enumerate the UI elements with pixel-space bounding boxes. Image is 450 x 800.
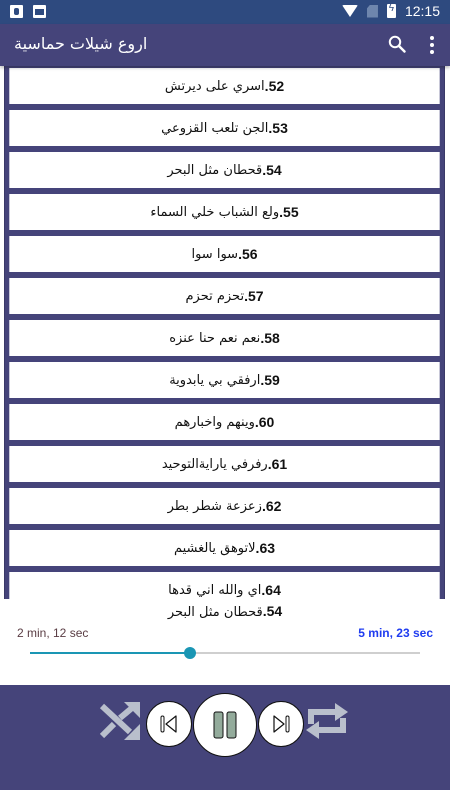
elapsed-time: 2 min, 12 sec xyxy=(17,626,88,640)
more-vert-icon xyxy=(430,36,434,40)
app-title: اروع شيلات حماسية xyxy=(14,34,147,53)
item-number: 53. xyxy=(268,120,287,136)
repeat-icon xyxy=(305,700,349,742)
search-button[interactable] xyxy=(388,35,406,53)
item-number: 55. xyxy=(279,204,298,220)
status-bar: 12:15 xyxy=(0,0,450,24)
next-icon xyxy=(270,713,292,735)
item-title: قحطان مثل البحر xyxy=(167,163,262,178)
item-title: رفرفي يارايةالتوحيد xyxy=(162,457,268,472)
song-list[interactable]: 52.اسري على ديرتش53.الجن تلعب القزوعي54.… xyxy=(4,62,445,599)
now-playing-title: 54.قحطان مثل البحر xyxy=(0,603,450,620)
item-number: 52. xyxy=(265,78,284,94)
seek-progress xyxy=(30,652,190,654)
search-icon xyxy=(388,35,406,53)
shuffle-icon xyxy=(100,700,142,742)
shuffle-button[interactable] xyxy=(100,700,142,742)
item-title: وينهم واخبارهم xyxy=(175,415,255,430)
item-title: سوا سوا xyxy=(191,247,238,262)
more-options-button[interactable] xyxy=(424,35,440,55)
app-bar: اروع شيلات حماسية xyxy=(0,24,450,66)
bottom-strip xyxy=(0,790,450,800)
music-notification-icon xyxy=(10,5,23,18)
item-number: 61. xyxy=(268,456,287,472)
item-title: نعم نعم حنا عنزه xyxy=(169,331,260,346)
image-notification-icon xyxy=(33,5,46,18)
previous-icon xyxy=(158,713,180,735)
list-item[interactable]: 56.سوا سوا xyxy=(9,236,440,272)
list-item[interactable]: 54.قحطان مثل البحر xyxy=(9,152,440,188)
item-title: ارفقي بي يابدوية xyxy=(169,373,260,388)
list-item[interactable]: 64.اي والله اني قدها xyxy=(9,572,440,599)
list-item[interactable]: 59.ارفقي بي يابدوية xyxy=(9,362,440,398)
repeat-button[interactable] xyxy=(305,700,349,742)
item-title: اسري على ديرتش xyxy=(165,79,265,94)
pause-button[interactable] xyxy=(193,693,257,757)
status-time: 12:15 xyxy=(405,3,440,19)
item-number: 64. xyxy=(261,582,280,598)
item-number: 60. xyxy=(255,414,274,430)
list-item[interactable]: 62.زعزعة شطر بطر xyxy=(9,488,440,524)
playback-controls xyxy=(0,685,450,790)
no-sim-icon xyxy=(367,5,378,18)
item-title: ولع الشباب خلي السماء xyxy=(150,205,279,220)
item-title: الجن تلعب القزوعي xyxy=(161,121,268,136)
item-title: لاتوهق يالغشيم xyxy=(174,541,256,556)
item-number: 54. xyxy=(262,162,281,178)
battery-charging-icon xyxy=(387,4,396,18)
item-number: 62. xyxy=(262,498,281,514)
next-button[interactable] xyxy=(258,701,304,747)
pause-icon xyxy=(210,710,240,740)
seek-bar[interactable] xyxy=(30,652,420,654)
list-item[interactable]: 57.تحزم تحزم xyxy=(9,278,440,314)
list-item[interactable]: 63.لاتوهق يالغشيم xyxy=(9,530,440,566)
item-number: 59. xyxy=(260,372,279,388)
previous-button[interactable] xyxy=(146,701,192,747)
seek-thumb[interactable] xyxy=(184,647,196,659)
item-number: 58. xyxy=(260,330,279,346)
list-item[interactable]: 52.اسري على ديرتش xyxy=(9,68,440,104)
list-item[interactable]: 53.الجن تلعب القزوعي xyxy=(9,110,440,146)
total-time: 5 min, 23 sec xyxy=(358,626,433,640)
player-panel: 54.قحطان مثل البحر 2 min, 12 sec 5 min, … xyxy=(0,599,450,685)
item-number: 57. xyxy=(244,288,263,304)
item-number: 63. xyxy=(256,540,275,556)
item-number: 56. xyxy=(238,246,257,262)
list-item[interactable]: 61.رفرفي يارايةالتوحيد xyxy=(9,446,440,482)
item-title: زعزعة شطر بطر xyxy=(168,499,262,514)
item-title: اي والله اني قدها xyxy=(168,583,261,598)
list-item[interactable]: 55.ولع الشباب خلي السماء xyxy=(9,194,440,230)
item-title: تحزم تحزم xyxy=(185,289,244,304)
list-item[interactable]: 58.نعم نعم حنا عنزه xyxy=(9,320,440,356)
list-item[interactable]: 60.وينهم واخبارهم xyxy=(9,404,440,440)
wifi-icon xyxy=(342,5,358,17)
